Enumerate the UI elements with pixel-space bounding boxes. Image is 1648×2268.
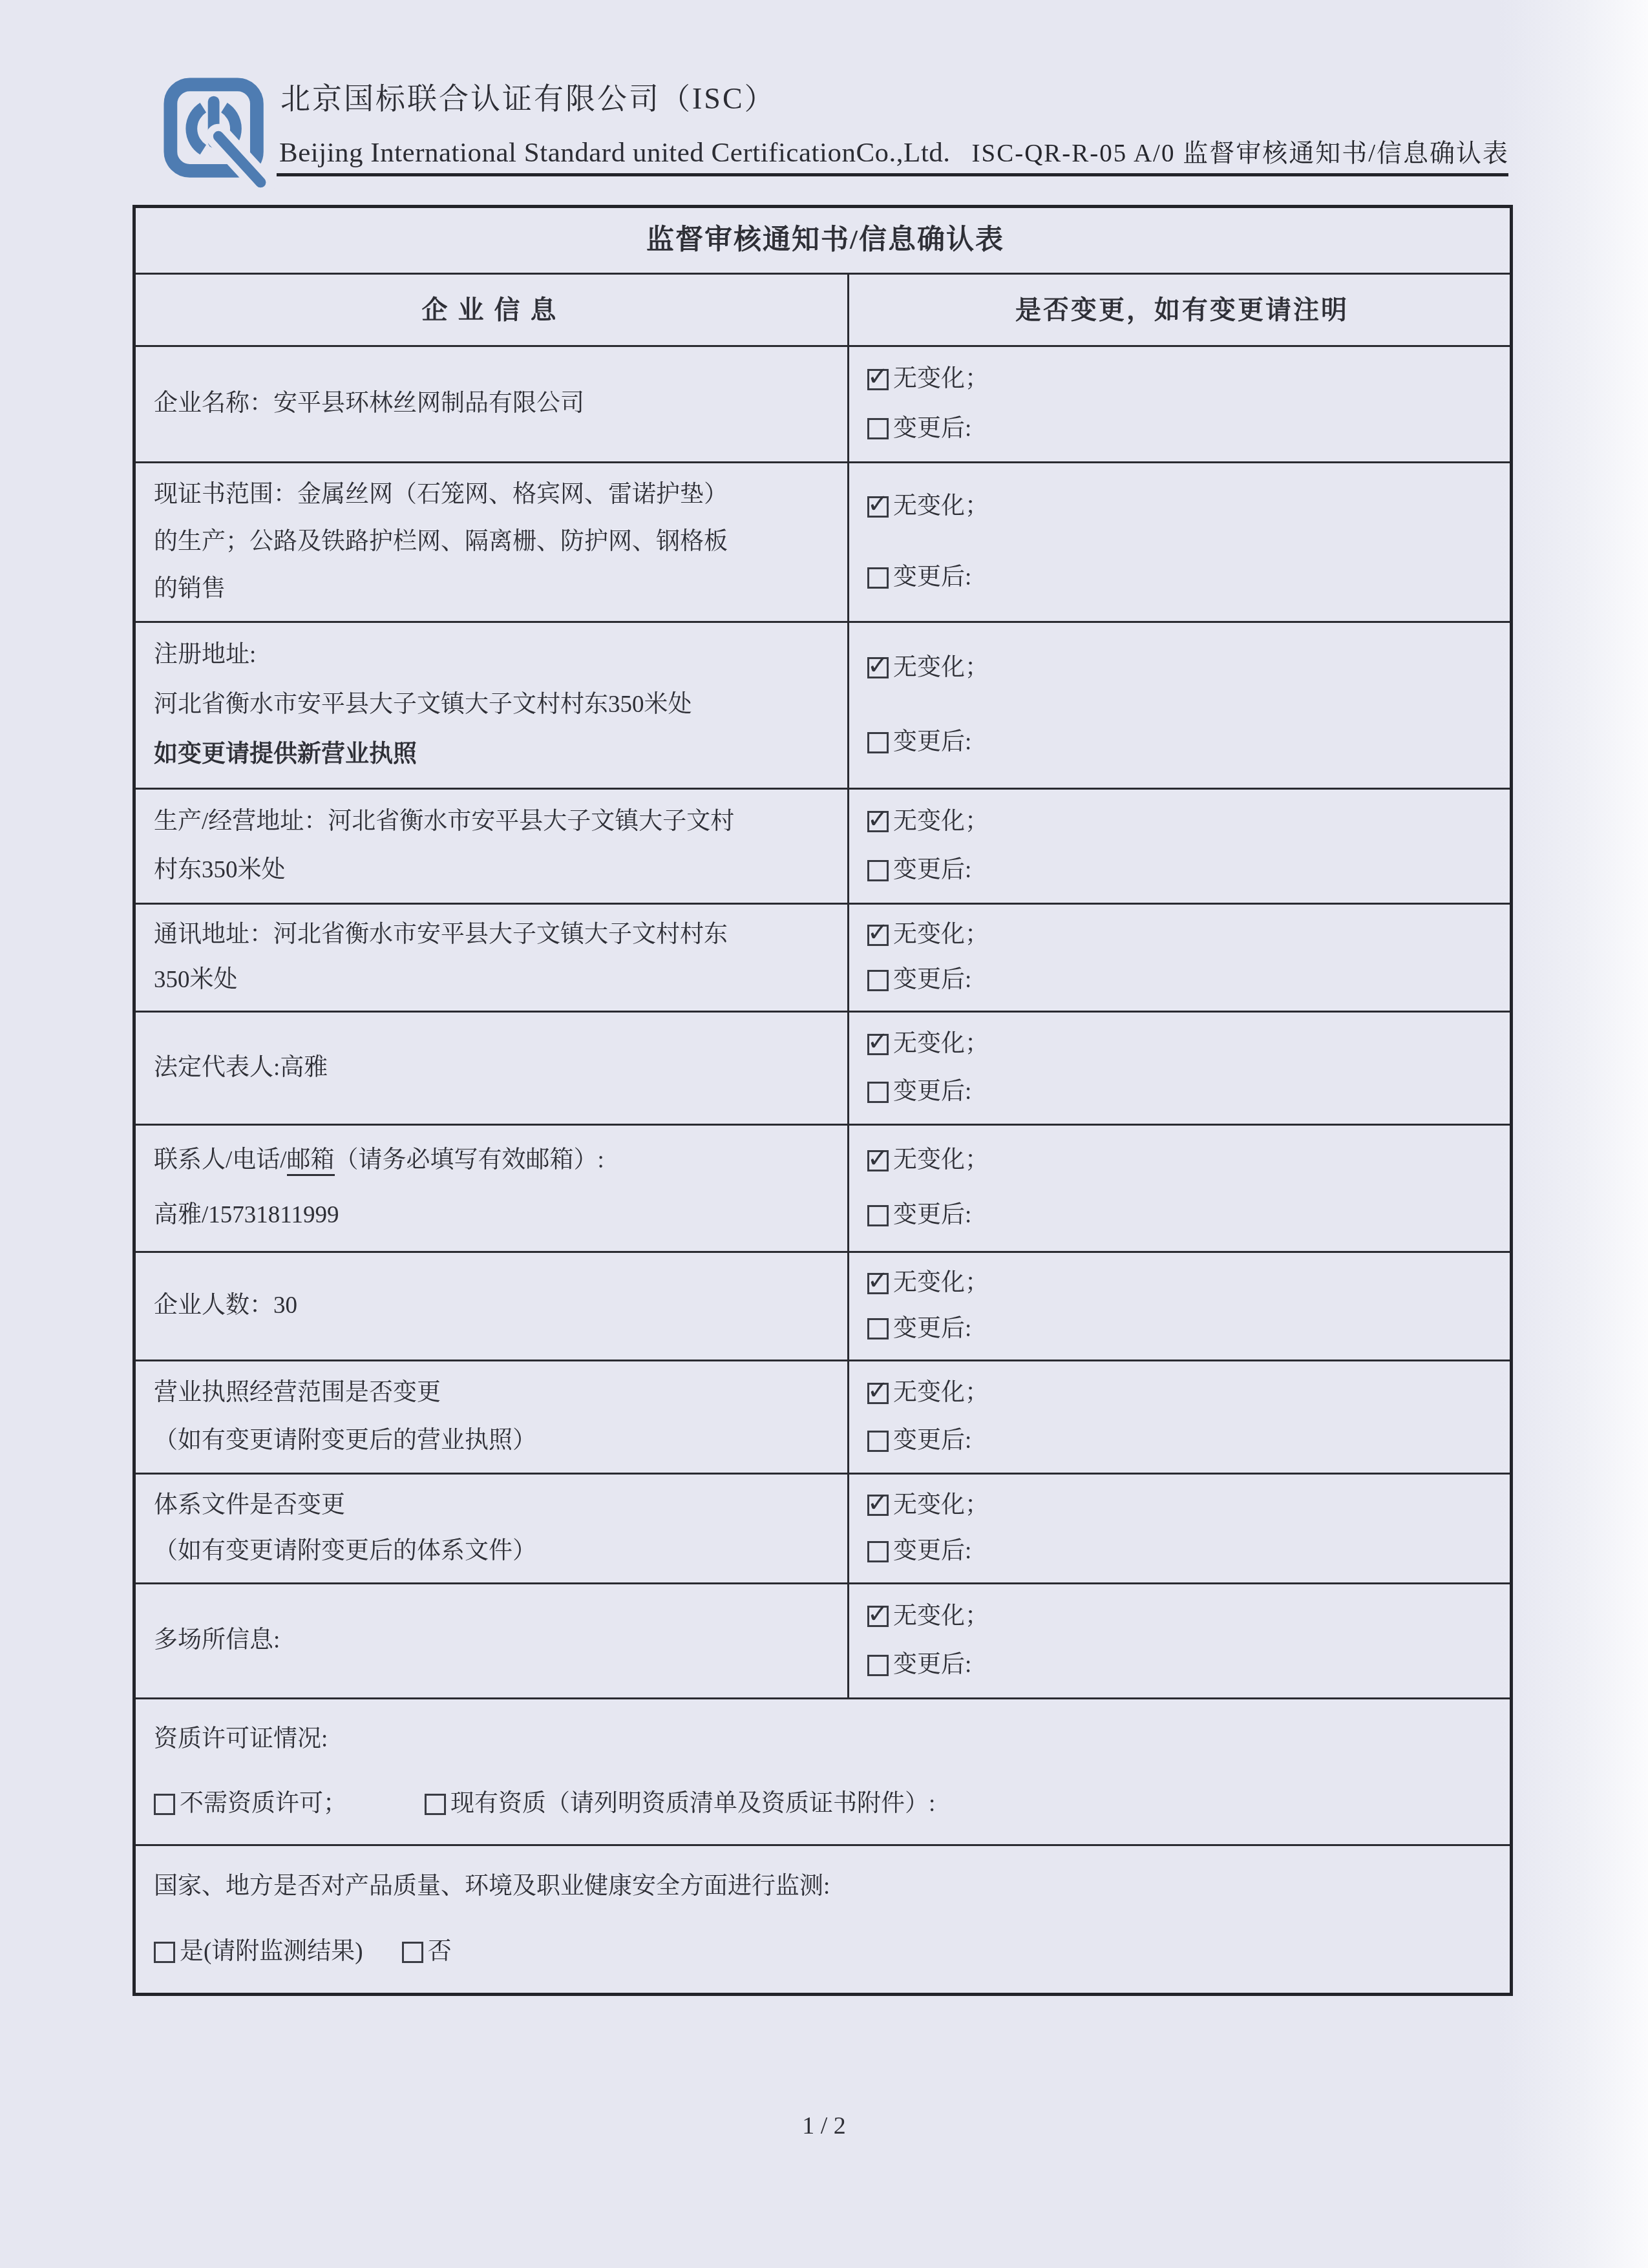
contact-cell: 联系人/电话/邮箱（请务必填写有效邮箱）: 高雅/15731811999: [136, 1126, 847, 1251]
option-changed[interactable]: 变更后:: [867, 563, 1497, 593]
checkbox-unchecked-icon[interactable]: [867, 418, 889, 439]
table-row: 体系文件是否变更 （如有变更请附变更后的体系文件） ✓ 无变化； 变更后:: [136, 1473, 1510, 1582]
checkbox-unchecked-icon[interactable]: [867, 1318, 889, 1339]
change-status-cell: ✓ 无变化； 变更后:: [847, 905, 1510, 1011]
option-no-change[interactable]: ✓ 无变化；: [867, 1491, 1497, 1520]
table-row: 生产/经营地址：河北省衡水市安平县大子文镇大子文村 村东350米处 ✓ 无变化；…: [136, 788, 1510, 903]
table-row: 现证书范围：金属丝网（石笼网、格宾网、雷诺护垫） 的生产；公路及铁路护栏网、隔离…: [136, 461, 1510, 621]
multi-site-cell: 多场所信息:: [136, 1584, 847, 1697]
isc-logo-icon: [163, 76, 278, 193]
option-changed[interactable]: 变更后:: [867, 1650, 1497, 1680]
qualification-row: 资质许可证情况: 不需资质许可； 现有资质（请列明资质清单及资质证书附件）:: [136, 1697, 1510, 1844]
contact-label-line: 联系人/电话/邮箱（请务必填写有效邮箱）:: [154, 1146, 834, 1175]
checkbox-unchecked-icon[interactable]: [867, 732, 889, 753]
checkbox-unchecked-icon[interactable]: [867, 1205, 889, 1226]
option-no-license-needed[interactable]: 不需资质许可；: [154, 1789, 347, 1819]
option-changed[interactable]: 变更后:: [867, 414, 1497, 444]
change-status-cell: ✓ 无变化； 变更后:: [847, 347, 1510, 461]
option-no-change[interactable]: ✓ 无变化；: [867, 1378, 1497, 1408]
header-divider: [277, 173, 1508, 176]
checkbox-checked-icon[interactable]: ✓: [867, 1606, 889, 1627]
table-row: 企业名称：安平县环林丝网制品有限公司 ✓ 无变化； 变更后:: [136, 345, 1510, 461]
system-documents-cell: 体系文件是否变更 （如有变更请附变更后的体系文件）: [136, 1475, 847, 1582]
checkbox-checked-icon[interactable]: ✓: [867, 1383, 889, 1404]
registered-address-cell: 注册地址: 河北省衡水市安平县大子文镇大子文村村东350米处 如变更请提供新营业…: [136, 623, 847, 788]
table-row: 企业人数：30 ✓ 无变化； 变更后:: [136, 1251, 1510, 1360]
option-no-change[interactable]: ✓ 无变化；: [867, 1602, 1497, 1632]
email-underlined-word: 邮箱: [287, 1147, 335, 1176]
qualification-options: 不需资质许可； 现有资质（请列明资质清单及资质证书附件）:: [154, 1789, 1497, 1819]
checkbox-checked-icon[interactable]: ✓: [867, 1150, 889, 1171]
contact-value-line: 高雅/15731811999: [154, 1201, 834, 1230]
option-changed[interactable]: 变更后:: [867, 1426, 1497, 1456]
monitoring-row: 国家、地方是否对产品质量、环境及职业健康安全方面进行监测: 是(请附监测结果) …: [136, 1844, 1510, 1993]
qualification-cell: 资质许可证情况: 不需资质许可； 现有资质（请列明资质清单及资质证书附件）:: [136, 1699, 1510, 1844]
checkbox-unchecked-icon[interactable]: [425, 1794, 446, 1815]
checkbox-unchecked-icon[interactable]: [867, 970, 889, 991]
option-no-change[interactable]: ✓ 无变化；: [867, 492, 1497, 521]
option-yes[interactable]: 是(请附监测结果): [154, 1937, 363, 1967]
change-status-cell: ✓ 无变化； 变更后:: [847, 1584, 1510, 1697]
table-title-row: 监督审核通知书/信息确认表: [136, 208, 1510, 273]
column-header-change-status: 是否变更，如有变更请注明: [847, 275, 1510, 345]
option-no-change[interactable]: ✓ 无变化；: [867, 1268, 1497, 1298]
table-header-row: 企业信息 是否变更，如有变更请注明: [136, 273, 1510, 345]
document-code: ISC-QR-R-05 A/0 监督审核通知书/信息确认表: [905, 133, 1509, 169]
company-name-cn: 北京国标联合认证有限公司（ISC）: [280, 75, 776, 118]
change-status-cell: ✓ 无变化； 变更后:: [847, 1253, 1510, 1360]
company-name-en: Beijing International Standard united Ce…: [279, 137, 951, 169]
table-row: 多场所信息: ✓ 无变化； 变更后:: [136, 1582, 1510, 1697]
production-address-cell: 生产/经营地址：河北省衡水市安平县大子文镇大子文村 村东350米处: [136, 790, 847, 903]
scanned-form-page: 北京国标联合认证有限公司（ISC） Beijing International …: [0, 0, 1648, 2268]
option-existing-qualification[interactable]: 现有资质（请列明资质清单及资质证书附件）:: [425, 1789, 935, 1819]
confirmation-form-table: 监督审核通知书/信息确认表 企业信息 是否变更，如有变更请注明 企业名称：安平县…: [132, 205, 1513, 1996]
checkbox-unchecked-icon[interactable]: [154, 1942, 175, 1963]
checkbox-unchecked-icon[interactable]: [402, 1942, 423, 1963]
change-status-cell: ✓ 无变化； 变更后:: [847, 623, 1510, 788]
option-changed[interactable]: 变更后:: [867, 1314, 1497, 1344]
checkbox-unchecked-icon[interactable]: [867, 567, 889, 589]
option-no-change[interactable]: ✓ 无变化；: [867, 653, 1497, 683]
checkbox-unchecked-icon[interactable]: [867, 1655, 889, 1676]
checkbox-checked-icon[interactable]: ✓: [867, 925, 889, 946]
change-status-cell: ✓ 无变化； 变更后:: [847, 790, 1510, 903]
option-changed[interactable]: 变更后:: [867, 856, 1497, 885]
column-header-company-info: 企业信息: [136, 275, 847, 345]
change-status-cell: ✓ 无变化； 变更后:: [847, 1475, 1510, 1582]
monitoring-title: 国家、地方是否对产品质量、环境及职业健康安全方面进行监测:: [154, 1872, 1497, 1902]
change-status-cell: ✓ 无变化； 变更后:: [847, 1126, 1510, 1251]
legal-representative-cell: 法定代表人:高雅: [136, 1013, 847, 1124]
form-title: 监督审核通知书/信息确认表: [136, 208, 1510, 273]
option-no-change[interactable]: ✓ 无变化；: [867, 920, 1497, 950]
option-no-change[interactable]: ✓ 无变化；: [867, 1146, 1497, 1175]
change-status-cell: ✓ 无变化； 变更后:: [847, 1013, 1510, 1124]
option-no-change[interactable]: ✓ 无变化；: [867, 807, 1497, 837]
table-row: 法定代表人:高雅 ✓ 无变化； 变更后:: [136, 1011, 1510, 1124]
table-row: 营业执照经营范围是否变更 （如有变更请附变更后的营业执照） ✓ 无变化； 变更后…: [136, 1360, 1510, 1473]
table-row: 注册地址: 河北省衡水市安平县大子文镇大子文村村东350米处 如变更请提供新营业…: [136, 621, 1510, 788]
change-status-cell: ✓ 无变化； 变更后:: [847, 463, 1510, 621]
checkbox-unchecked-icon[interactable]: [867, 1431, 889, 1452]
option-changed[interactable]: 变更后:: [867, 1537, 1497, 1566]
checkbox-unchecked-icon[interactable]: [867, 1082, 889, 1103]
option-no-change[interactable]: ✓ 无变化；: [867, 364, 1497, 394]
checkbox-unchecked-icon[interactable]: [154, 1794, 175, 1815]
monitoring-options: 是(请附监测结果) 否: [154, 1937, 1497, 1967]
business-license-cell: 营业执照经营范围是否变更 （如有变更请附变更后的营业执照）: [136, 1361, 847, 1473]
page-number: 1 / 2: [0, 2112, 1648, 2140]
company-name-cell: 企业名称：安平县环林丝网制品有限公司: [136, 347, 847, 461]
checkbox-checked-icon[interactable]: ✓: [867, 496, 889, 518]
checkbox-checked-icon[interactable]: ✓: [867, 657, 889, 678]
checkbox-unchecked-icon[interactable]: [867, 1541, 889, 1562]
option-changed[interactable]: 变更后:: [867, 965, 1497, 995]
table-row: 通讯地址：河北省衡水市安平县大子文镇大子文村村东 350米处 ✓ 无变化； 变更…: [136, 903, 1510, 1011]
checkbox-checked-icon[interactable]: ✓: [867, 811, 889, 832]
change-status-cell: ✓ 无变化； 变更后:: [847, 1361, 1510, 1473]
monitoring-cell: 国家、地方是否对产品质量、环境及职业健康安全方面进行监测: 是(请附监测结果) …: [136, 1846, 1510, 1993]
employee-count-cell: 企业人数：30: [136, 1253, 847, 1360]
cert-scope-cell: 现证书范围：金属丝网（石笼网、格宾网、雷诺护垫） 的生产；公路及铁路护栏网、隔离…: [136, 463, 847, 621]
checkbox-unchecked-icon[interactable]: [867, 860, 889, 881]
option-changed[interactable]: 变更后:: [867, 1077, 1497, 1107]
qualification-title: 资质许可证情况:: [154, 1725, 1497, 1754]
checkbox-checked-icon[interactable]: ✓: [867, 1034, 889, 1055]
mailing-address-cell: 通讯地址：河北省衡水市安平县大子文镇大子文村村东 350米处: [136, 905, 847, 1011]
checkbox-checked-icon[interactable]: ✓: [867, 1495, 889, 1516]
option-changed[interactable]: 变更后:: [867, 1201, 1497, 1230]
checkbox-checked-icon[interactable]: ✓: [867, 369, 889, 390]
company-logo: [163, 76, 278, 193]
checkbox-checked-icon[interactable]: ✓: [867, 1273, 889, 1294]
option-changed[interactable]: 变更后:: [867, 728, 1497, 757]
option-no-change[interactable]: ✓ 无变化；: [867, 1029, 1497, 1059]
option-no[interactable]: 否: [402, 1937, 452, 1967]
table-row: 联系人/电话/邮箱（请务必填写有效邮箱）: 高雅/15731811999 ✓ 无…: [136, 1124, 1510, 1251]
